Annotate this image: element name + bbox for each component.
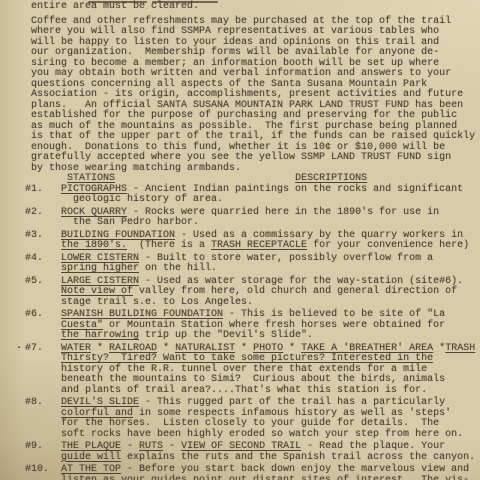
station-7-line-5: and plants of trail area?....That's what… — [0, 386, 480, 397]
typewritten-page: entire area must be cleared. Coffee and … — [0, 0, 480, 480]
station-9-line-2: guide will explains the ruts and the Spa… — [0, 453, 480, 464]
station-4-line-2: spring higher on the hill. — [0, 264, 480, 275]
margin-dot: · — [16, 344, 22, 355]
cutoff-line-top: entire area must be cleared. — [0, 2, 480, 13]
station-5-line-3: stage trail s.e. to Los Angeles. — [0, 298, 480, 309]
station-3-line-2: the 1890's. (There is a TRASH RECEPTACLE… — [0, 241, 480, 252]
station-6-line-3: the harrowing trip up the "Devil's Slide… — [0, 331, 480, 342]
station-8-line-4: soft rocks have been highly eroded so wa… — [0, 430, 480, 441]
station-1-line-2: geologic history of area. — [0, 195, 480, 206]
station-2-line-2: the San Pedro harbor. — [0, 218, 480, 229]
document-lines: entire area must be cleared. Coffee and … — [0, 2, 480, 480]
station-10-line-2: listen as your guides point out distant … — [0, 476, 480, 480]
